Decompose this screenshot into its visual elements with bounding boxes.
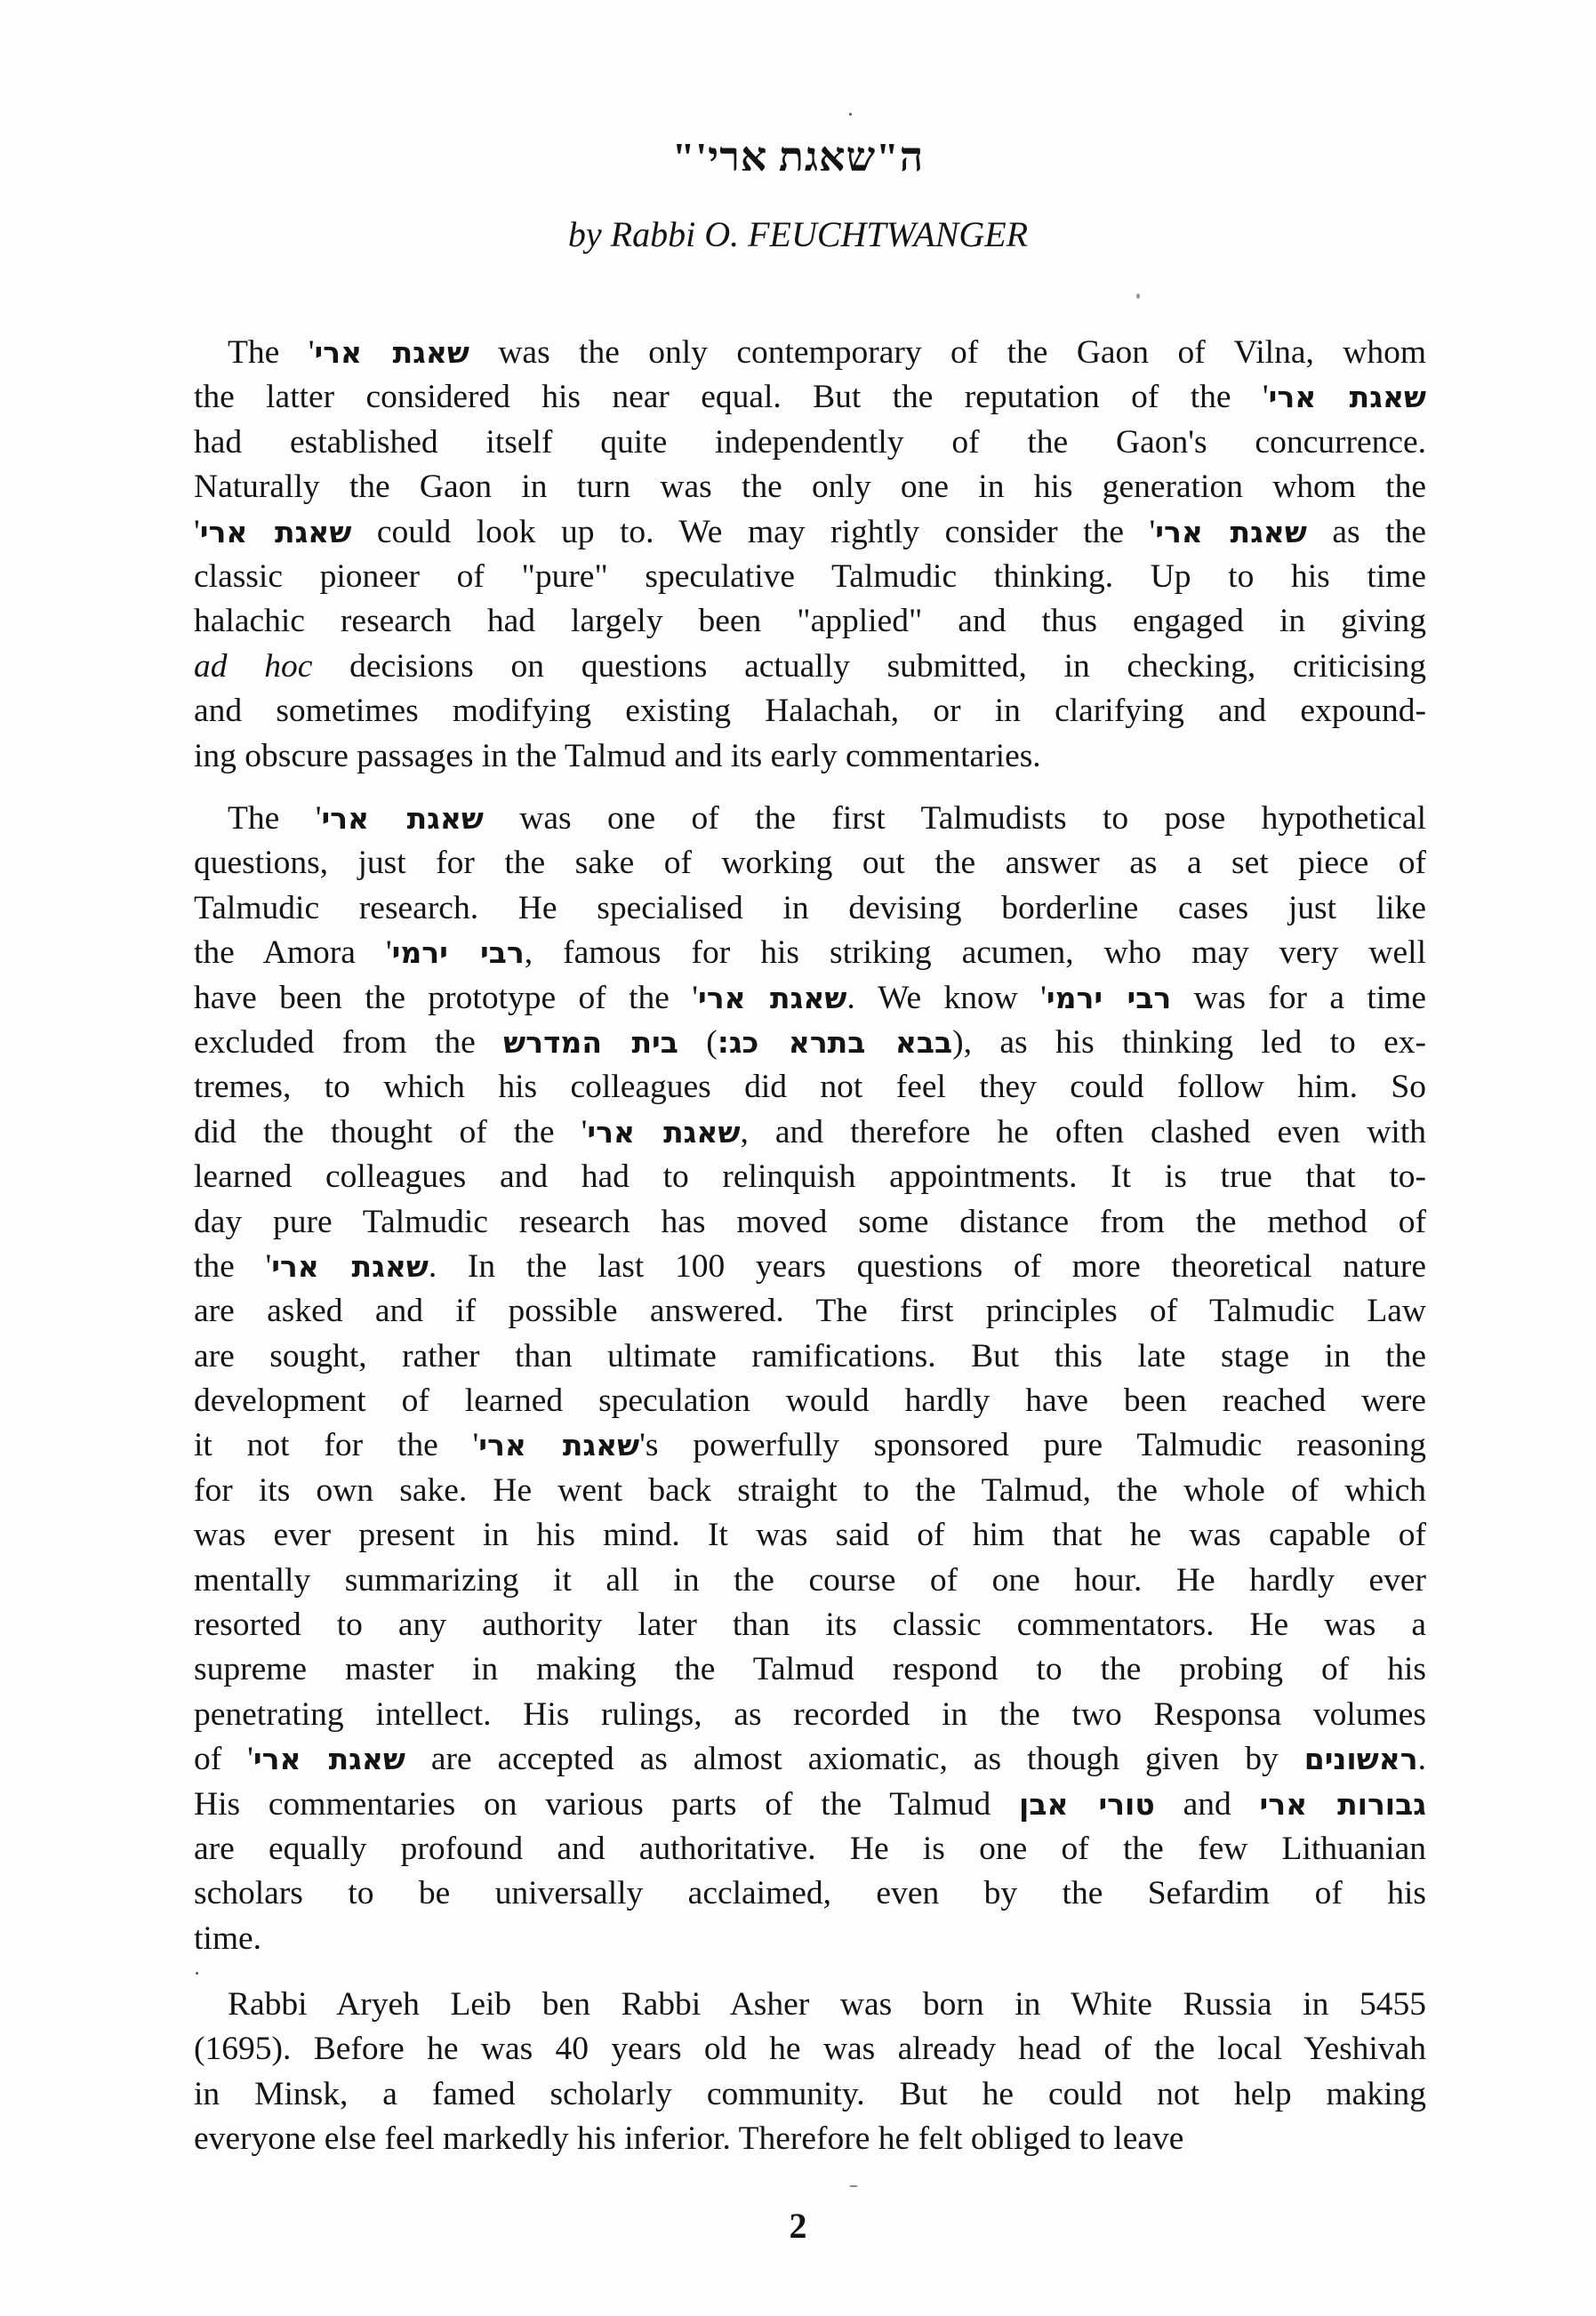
hebrew-term: טורי אבן bbox=[1019, 1787, 1155, 1822]
hebrew-term: שאגת ארי bbox=[478, 1428, 639, 1463]
hebrew-term: בבא בתרא כג: bbox=[718, 1025, 952, 1060]
text-line: it not for the 'שאגת ארי's powerfully sp… bbox=[194, 1423, 1426, 1468]
text-line: are equally profound and authoritative. … bbox=[194, 1827, 1426, 1871]
paragraph-2: The 'שאגת ארי was one of the first Talmu… bbox=[194, 797, 1426, 1961]
text-line: Rabbi Aryeh Leib ben Rabbi Asher was bor… bbox=[194, 1983, 1426, 2027]
text-line: for its own sake. He went back straight … bbox=[194, 1469, 1426, 1513]
text-line: development of learned speculation would… bbox=[194, 1379, 1426, 1423]
text-line: in Minsk, a famed scholarly community. B… bbox=[194, 2072, 1426, 2117]
paragraph-3: Rabbi Aryeh Leib ben Rabbi Asher was bor… bbox=[194, 1983, 1426, 2162]
text-line: was ever present in his mind. It was sai… bbox=[194, 1513, 1426, 1558]
text-line: and sometimes modifying existing Halacha… bbox=[194, 689, 1426, 733]
text-line: the 'שאגת ארי. In the last 100 years que… bbox=[194, 1245, 1426, 1289]
text-line: everyone else feel markedly his inferior… bbox=[194, 2117, 1426, 2161]
text-line: ing obscure passages in the Talmud and i… bbox=[194, 734, 1426, 779]
text-line: time. bbox=[194, 1917, 1426, 1961]
text-line: did the thought of the 'שאגת ארי, and th… bbox=[194, 1110, 1426, 1155]
text-line: supreme master in making the Talmud resp… bbox=[194, 1647, 1426, 1692]
text-line: The 'שאגת ארי was one of the first Talmu… bbox=[194, 797, 1426, 841]
text-line: had established itself quite independent… bbox=[194, 421, 1426, 465]
scan-speck bbox=[196, 1972, 198, 1975]
text-line: are asked and if possible answered. The … bbox=[194, 1289, 1426, 1334]
text-line: classic pioneer of "pure" speculative Ta… bbox=[194, 555, 1426, 599]
article-title-hebrew: ה"שאגת ארי'" bbox=[0, 133, 1596, 180]
hebrew-term: שאגת ארי bbox=[587, 1115, 740, 1150]
text-line: are sought, rather than ultimate ramific… bbox=[194, 1334, 1426, 1379]
hebrew-term: שאגת ארי bbox=[253, 1742, 405, 1776]
hebrew-term: גבורות ארי bbox=[1260, 1787, 1426, 1822]
hebrew-term: שאגת ארי bbox=[200, 515, 352, 549]
text-line: His commentaries on various parts of the… bbox=[194, 1783, 1426, 1827]
text-line: excluded from the בית המדרש (בבא בתרא כג… bbox=[194, 1021, 1426, 1065]
text-line: questions, just for the sake of working … bbox=[194, 841, 1426, 886]
text-line: (1695). Before he was 40 years old he wa… bbox=[194, 2027, 1426, 2072]
hebrew-term: שאגת ארי bbox=[321, 801, 483, 836]
hebrew-term: שאגת ארי bbox=[1155, 515, 1307, 549]
hebrew-term: שאגת ארי bbox=[271, 1249, 429, 1284]
text-line: the Amora 'רבי ירמי, famous for his stri… bbox=[194, 931, 1426, 975]
text-line: mentally summarizing it all in the cours… bbox=[194, 1559, 1426, 1603]
text-line: resorted to any authority later than its… bbox=[194, 1603, 1426, 1647]
hebrew-term: שאגת ארי bbox=[314, 335, 469, 370]
hebrew-term: שאגת ארי bbox=[1269, 380, 1426, 414]
text-line: have been the prototype of the 'שאגת ארי… bbox=[194, 976, 1426, 1021]
hebrew-term: רבי ירמי bbox=[392, 935, 525, 970]
hebrew-term: ראשונים bbox=[1304, 1742, 1418, 1776]
scan-speck bbox=[849, 113, 852, 116]
text-line: penetrating intellect. His rulings, as r… bbox=[194, 1693, 1426, 1737]
italic-term: ad hoc bbox=[194, 648, 312, 685]
scan-speck bbox=[849, 2185, 858, 2187]
text-line: Naturally the Gaon in turn was the only … bbox=[194, 465, 1426, 509]
text-line: 'שאגת ארי could look up to. We may right… bbox=[194, 510, 1426, 555]
text-line: The 'שאגת ארי was the only contemporary … bbox=[194, 331, 1426, 375]
scan-speck bbox=[1136, 293, 1140, 299]
text-line: day pure Talmudic research has moved som… bbox=[194, 1200, 1426, 1245]
text-line: the latter considered his near equal. Bu… bbox=[194, 375, 1426, 420]
hebrew-term: בית המדרש bbox=[503, 1025, 678, 1060]
text-line: tremes, to which his colleagues did not … bbox=[194, 1065, 1426, 1110]
author-byline: by Rabbi O. FEUCHTWANGER bbox=[0, 213, 1596, 255]
text-line: halachic research had largely been "appl… bbox=[194, 599, 1426, 644]
text-line: Talmudic research. He specialised in dev… bbox=[194, 886, 1426, 931]
text-line: scholars to be universally acclaimed, ev… bbox=[194, 1871, 1426, 1916]
text-line: learned colleagues and had to relinquish… bbox=[194, 1155, 1426, 1199]
hebrew-term: שאגת ארי bbox=[698, 981, 846, 1015]
paragraph-1: The 'שאגת ארי was the only contemporary … bbox=[194, 331, 1426, 779]
page-number: 2 bbox=[0, 2205, 1596, 2247]
hebrew-term: רבי ירמי bbox=[1047, 981, 1171, 1015]
document-page: ה"שאגת ארי'" by Rabbi O. FEUCHTWANGER Th… bbox=[0, 0, 1596, 2316]
text-line: ad hoc decisions on questions actually s… bbox=[194, 645, 1426, 689]
text-line: of 'שאגת ארי are accepted as almost axio… bbox=[194, 1737, 1426, 1782]
